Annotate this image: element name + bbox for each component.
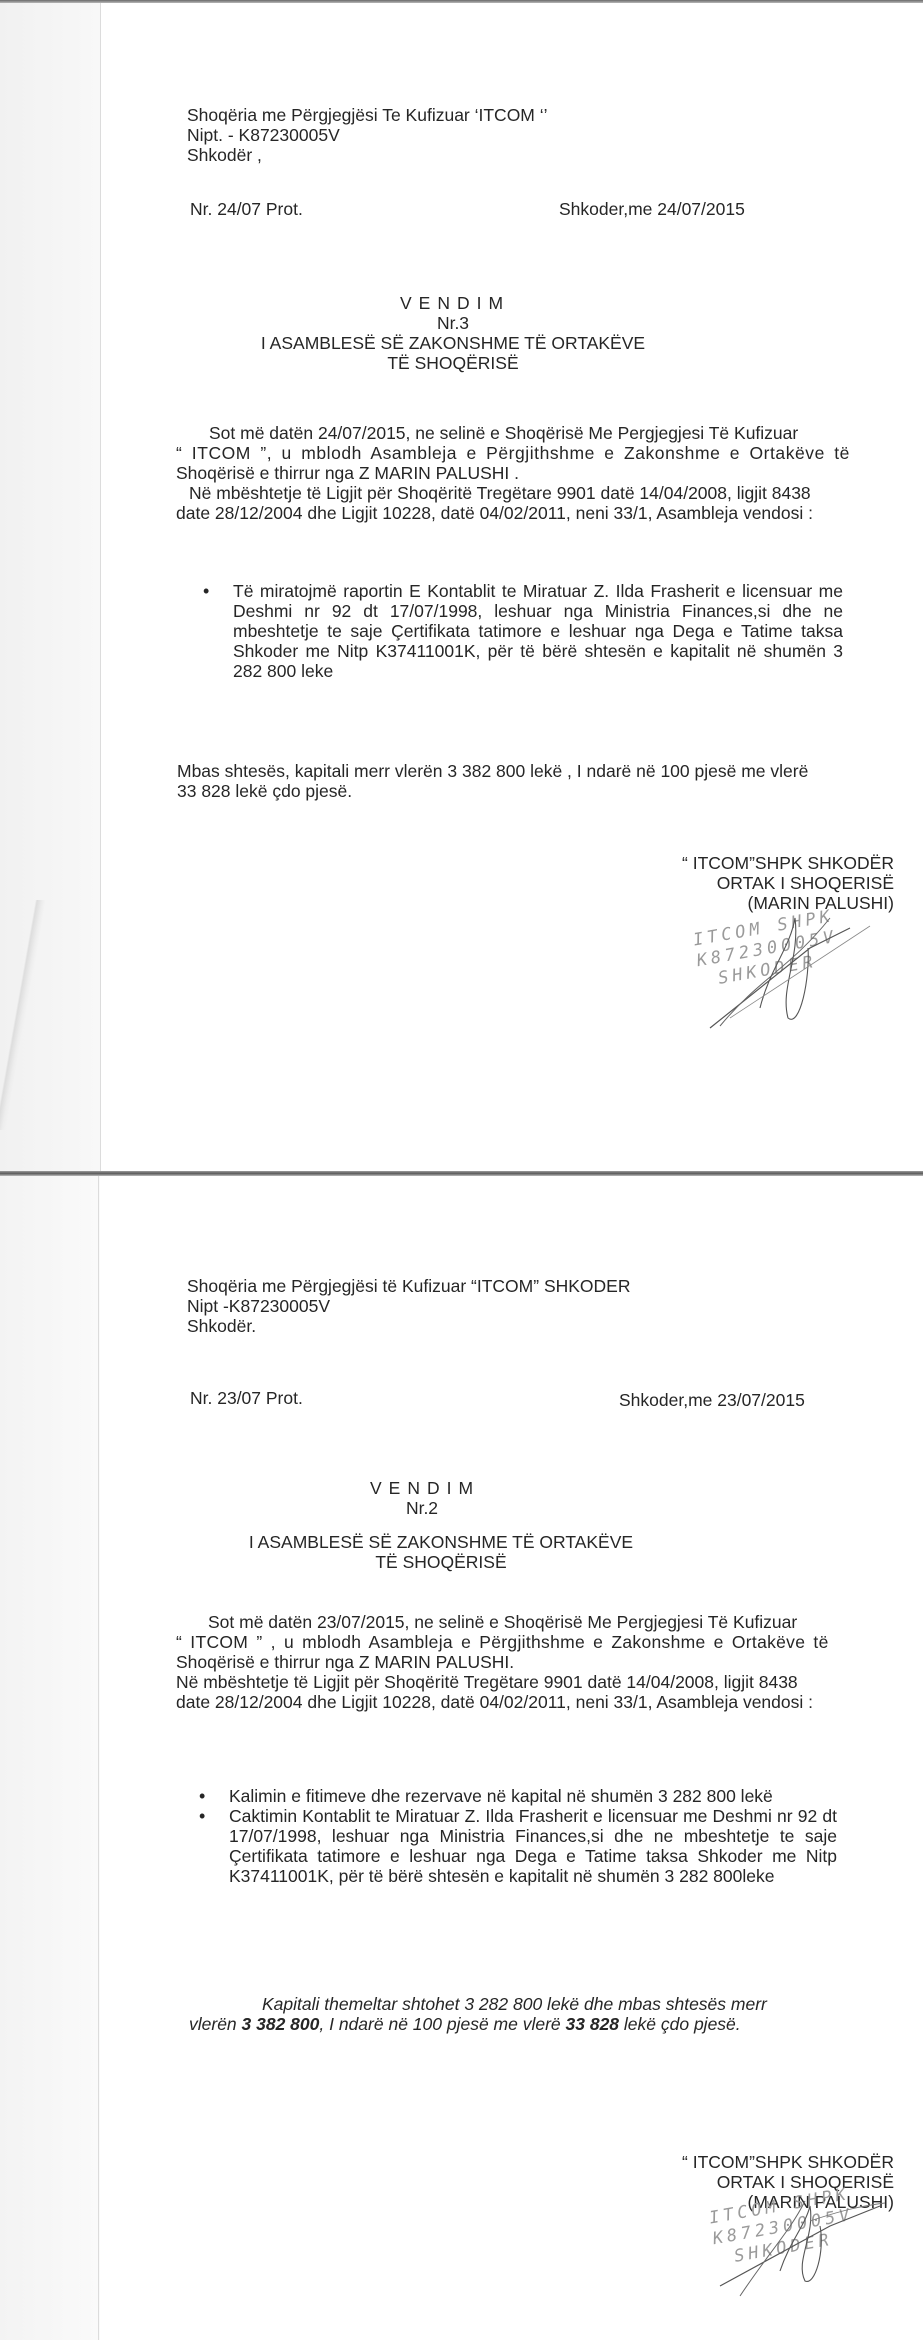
intro-paragraph: “ ITCOM ”, u mblodh Asambleja e Përgjith… (176, 443, 850, 463)
intro-paragraph: Shoqërisë e thirrur nga Z MARIN PALUSHI … (176, 463, 519, 483)
decision-number: Nr.3 (100, 313, 806, 333)
document-title: VENDIM (100, 1478, 750, 1498)
decision-list: Kalimin e fitimeve dhe rezervave në kapi… (197, 1786, 837, 1886)
signatory-company: “ ITCOM”SHPK SHKODËR (682, 2152, 894, 2172)
legal-basis: date 28/12/2004 dhe Ligjit 10228, datë 0… (176, 1692, 813, 1712)
legal-basis: Në mbështetje të Ligjit për Shoqëritë Tr… (176, 1672, 798, 1692)
new-capital-value: 3 382 800 (242, 2014, 320, 2034)
handwritten-signature (710, 2191, 910, 2301)
decision-item: Kalimin e fitimeve dhe rezervave në kapi… (197, 1786, 837, 1806)
decision-document-nr2: Shoqëria me Përgjegjësi të Kufizuar “ITC… (100, 1176, 923, 2340)
signatory-company: “ ITCOM”SHPK SHKODËR (682, 853, 894, 873)
conclusion: Mbas shtesës, kapitali merr vlerën 3 382… (177, 761, 808, 781)
intro-paragraph: Sot më datën 23/07/2015, ne selinë e Sho… (208, 1612, 797, 1632)
handwritten-signature (700, 908, 900, 1038)
document-subtitle: I ASAMBLESË SË ZAKONSHME TË ORTAKËVE (100, 1532, 782, 1552)
company-nipt: Nipt -K87230005V (187, 1296, 330, 1316)
company-header: Shoqëria me Përgjegjësi të Kufizuar “ITC… (187, 1276, 630, 1296)
company-city: Shkodër , (187, 145, 262, 165)
intro-paragraph: “ ITCOM ” , u mblodh Asambleja e Përgjit… (176, 1632, 829, 1652)
company-nipt: Nipt. - K87230005V (187, 125, 340, 145)
company-city: Shkodër. (187, 1316, 256, 1336)
protocol-number: Nr. 24/07 Prot. (190, 199, 303, 219)
page-fold-line (98, 1176, 99, 2340)
document-subtitle-2: TË SHOQËRISË (100, 1552, 782, 1572)
decision-list: Të miratojmë raportin E Kontablit te Mir… (201, 581, 843, 681)
scan-left-margin (0, 1176, 100, 2340)
decision-item: Caktimin Kontablit te Miratuar Z. Ilda F… (197, 1806, 837, 1886)
legal-basis: Në mbështetje të Ligjit për Shoqëritë Tr… (189, 483, 811, 503)
legal-basis: date 28/12/2004 dhe Ligjit 10228, datë 0… (176, 503, 813, 523)
document-subtitle: I ASAMBLESË SË ZAKONSHME TË ORTAKËVE (100, 333, 806, 353)
signatory-role: ORTAK I SHOQERISË (682, 873, 894, 893)
document-title: VENDIM (100, 293, 810, 313)
decision-item: Të miratojmë raportin E Kontablit te Mir… (201, 581, 843, 681)
conclusion: 33 828 lekë çdo pjesë. (177, 781, 352, 801)
company-header: Shoqëria me Përgjegjësi Te Kufizuar ‘ITC… (187, 105, 548, 125)
intro-paragraph: Sot më datën 24/07/2015, ne selinë e Sho… (209, 423, 798, 443)
signatory-role: ORTAK I SHOQERISË (682, 2172, 894, 2192)
intro-paragraph: Shoqërisë e thirrur nga Z MARIN PALUSHI. (176, 1652, 514, 1672)
document-subtitle-2: TË SHOQËRISË (100, 353, 806, 373)
share-value: 33 828 (566, 2014, 620, 2034)
protocol-number: Nr. 23/07 Prot. (190, 1388, 303, 1408)
place-date: Shkoder,me 24/07/2015 (559, 199, 745, 219)
signature-block: “ ITCOM”SHPK SHKODËR ORTAK I SHOQERISË (… (682, 853, 894, 913)
decision-document-nr3: Shoqëria me Përgjegjësi Te Kufizuar ‘ITC… (100, 3, 923, 1171)
conclusion: vlerën 3 382 800, I ndarë në 100 pjesë m… (189, 2014, 741, 2034)
page-curl-shadow (0, 900, 48, 1130)
place-date: Shkoder,me 23/07/2015 (619, 1390, 805, 1410)
decision-number: Nr.2 (100, 1498, 744, 1518)
conclusion: Kapitali themeltar shtohet 3 282 800 lek… (262, 1994, 767, 2014)
